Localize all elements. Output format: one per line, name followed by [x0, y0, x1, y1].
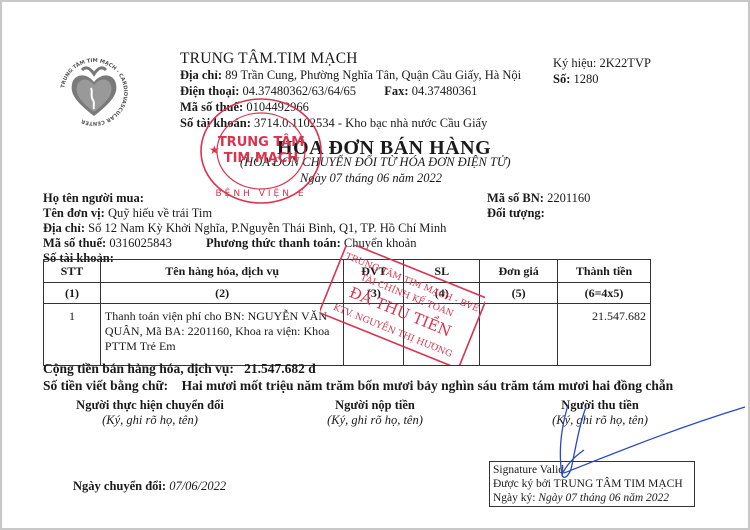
table-column-number-row: (1) (2) (3) (4) (5) (6=4x5)	[44, 283, 651, 304]
buyer-address: Địa chỉ: Số 12 Nam Kỳ Khởi Nghĩa, P.Nguy…	[43, 221, 446, 236]
signature-status: Signature Valid	[493, 463, 691, 477]
col-number: (5)	[480, 283, 558, 304]
conversion-date: Ngày chuyển đổi: 07/06/2022	[73, 479, 226, 494]
col-number: (4)	[404, 283, 480, 304]
sign-date: Ngày ký: Ngày 07 tháng 06 năm 2022	[493, 491, 691, 505]
total-amount: Cộng tiền bán hàng hóa, dịch vụ: 21.547.…	[43, 361, 316, 377]
invoice-number: Số: 1280	[553, 72, 599, 87]
col-header: Đơn giá	[480, 260, 558, 283]
amount-in-words: Số tiền viết bằng chữ: Hai mươi mốt triệ…	[43, 378, 673, 394]
signature-cashier: Người thu tiền (Ký, ghi rõ họ, tên)	[530, 398, 670, 428]
col-header: ĐVT	[344, 260, 404, 283]
signature-payer: Người nộp tiền (Ký, ghi rõ họ, tên)	[305, 398, 445, 428]
buyer-unit: Tên đơn vị: Quỹ hiếu về trái Tim	[43, 206, 212, 221]
invoice-subtitle: (HÓA ĐƠN CHUYỂN ĐỔI TỪ HÓA ĐƠN ĐIỆN TỬ)	[240, 155, 510, 170]
patient-subject: Đối tượng:	[487, 206, 545, 221]
col-header: SL	[404, 260, 480, 283]
cell-price	[480, 304, 558, 366]
buyer-tax-code: Mã số thuế: 0316025843	[43, 236, 172, 251]
cell-description: Thanh toán viện phí cho BN: NGUYỄN VĂN Q…	[100, 304, 343, 366]
col-number: (1)	[44, 283, 101, 304]
org-name: TRUNG TÂM.TIM MẠCH	[180, 50, 358, 68]
digital-signature-box: Signature Valid Được ký bởi TRUNG TÂM TI…	[489, 461, 695, 507]
col-number: (6=4x5)	[558, 283, 651, 304]
signature-converter: Người thực hiện chuyển đổi (Ký, ghi rõ h…	[60, 398, 240, 428]
table-row: 1 Thanh toán viện phí cho BN: NGUYỄN VĂN…	[44, 304, 651, 366]
col-number: (3)	[344, 283, 404, 304]
org-address: Địa chỉ: 89 Trần Cung, Phường Nghĩa Tân,…	[180, 68, 521, 83]
cell-stt: 1	[44, 304, 101, 366]
items-table: STT Tên hàng hóa, dịch vụ ĐVT SL Đơn giá…	[43, 259, 651, 366]
col-header: Tên hàng hóa, dịch vụ	[100, 260, 343, 283]
signed-by: Được ký bởi TRUNG TÂM TIM MẠCH	[493, 477, 691, 491]
invoice-symbol: Ký hiệu: 2K22TVP	[553, 56, 651, 71]
payment-method: Phương thức thanh toán: Chuyển khoản	[206, 236, 416, 251]
org-phone: Điện thoại: 04.37480362/63/64/65 Fax: 04…	[180, 84, 477, 99]
heart-logo-icon: TRUNG TÂM TIM MẠCH - CARDIOVASCULAR CENT…	[58, 56, 130, 128]
cell-unit	[344, 304, 404, 366]
cell-amount: 21.547.682	[558, 304, 651, 366]
col-number: (2)	[100, 283, 343, 304]
invoice-date: Ngày 07 tháng 06 năm 2022	[300, 171, 442, 186]
table-header-row: STT Tên hàng hóa, dịch vụ ĐVT SL Đơn giá…	[44, 260, 651, 283]
org-tax-code: Mã số thuế: 0104492966	[180, 100, 309, 115]
patient-id: Mã số BN: 2201160	[487, 191, 590, 206]
org-bank-account: Số tài khoản: 3714.0.1102534 - Kho bạc n…	[180, 116, 487, 131]
buyer-name: Họ tên người mua:	[43, 191, 144, 206]
col-header: STT	[44, 260, 101, 283]
col-header: Thành tiền	[558, 260, 651, 283]
cell-qty	[404, 304, 480, 366]
